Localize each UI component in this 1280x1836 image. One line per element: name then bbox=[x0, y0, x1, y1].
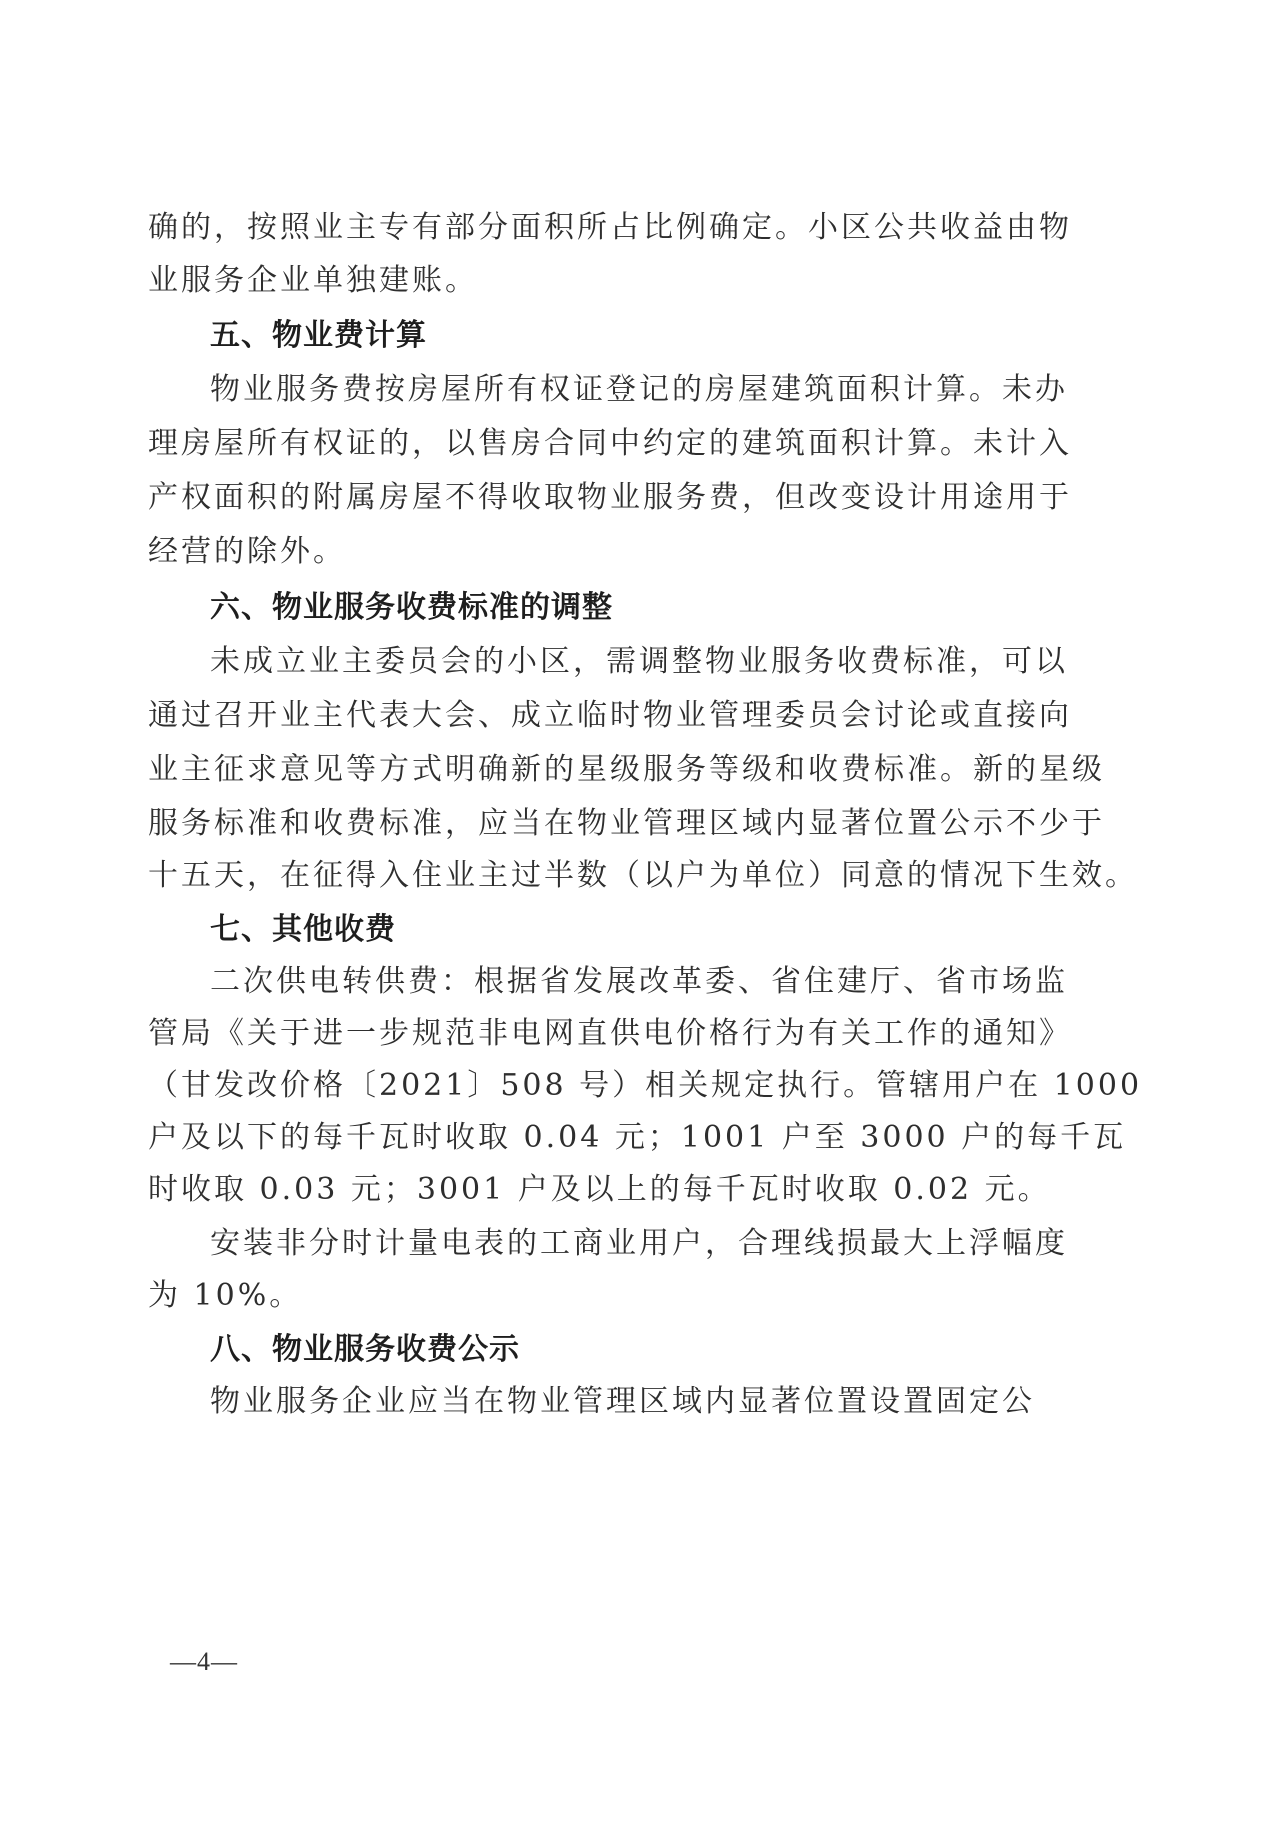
body-line: 产权面积的附属房屋不得收取物业服务费，但改变设计用途用于 bbox=[148, 478, 1072, 518]
body-line: 通过召开业主代表大会、成立临时物业管理委员会讨论或直接向 bbox=[148, 696, 1072, 736]
body-line: 物业服务企业应当在物业管理区域内显著位置设置固定公 bbox=[210, 1382, 1035, 1422]
body-line: 业服务企业单独建账。 bbox=[148, 261, 478, 301]
section-heading-5: 五、物业费计算 bbox=[210, 316, 427, 356]
body-line: 户及以下的每千瓦时收取 0.04 元；1001 户至 3000 户的每千瓦 bbox=[148, 1118, 1126, 1158]
body-line: 为 10%。 bbox=[148, 1276, 302, 1316]
page-number: —4— bbox=[170, 1647, 238, 1677]
body-line: 经营的除外。 bbox=[148, 532, 346, 572]
body-line: 未成立业主委员会的小区，需调整物业服务收费标准，可以 bbox=[210, 642, 1068, 682]
body-line: 时收取 0.03 元；3001 户及以上的每千瓦时收取 0.02 元。 bbox=[148, 1170, 1051, 1210]
body-line: 十五天，在征得入住业主过半数（以户为单位）同意的情况下生效。 bbox=[148, 856, 1138, 896]
body-line: 业主征求意见等方式明确新的星级服务等级和收费标准。新的星级 bbox=[148, 750, 1105, 790]
body-line: 服务标准和收费标准，应当在物业管理区域内显著位置公示不少于 bbox=[148, 804, 1105, 844]
body-line: 安装非分时计量电表的工商业用户，合理线损最大上浮幅度 bbox=[210, 1224, 1068, 1264]
section-heading-8: 八、物业服务收费公示 bbox=[210, 1330, 520, 1370]
body-line: 二次供电转供费：根据省发展改革委、省住建厅、省市场监 bbox=[210, 962, 1068, 1002]
section-heading-7: 七、其他收费 bbox=[210, 910, 396, 950]
section-heading-6: 六、物业服务收费标准的调整 bbox=[210, 588, 613, 628]
body-line: （甘发改价格〔2021〕508 号）相关规定执行。管辖用户在 1000 bbox=[148, 1066, 1142, 1106]
body-line: 管局《关于进一步规范非电网直供电价格行为有关工作的通知》 bbox=[148, 1014, 1072, 1054]
body-line: 物业服务费按房屋所有权证登记的房屋建筑面积计算。未办 bbox=[210, 370, 1068, 410]
body-line: 理房屋所有权证的，以售房合同中约定的建筑面积计算。未计入 bbox=[148, 424, 1072, 464]
body-line: 确的，按照业主专有部分面积所占比例确定。小区公共收益由物 bbox=[148, 208, 1072, 248]
